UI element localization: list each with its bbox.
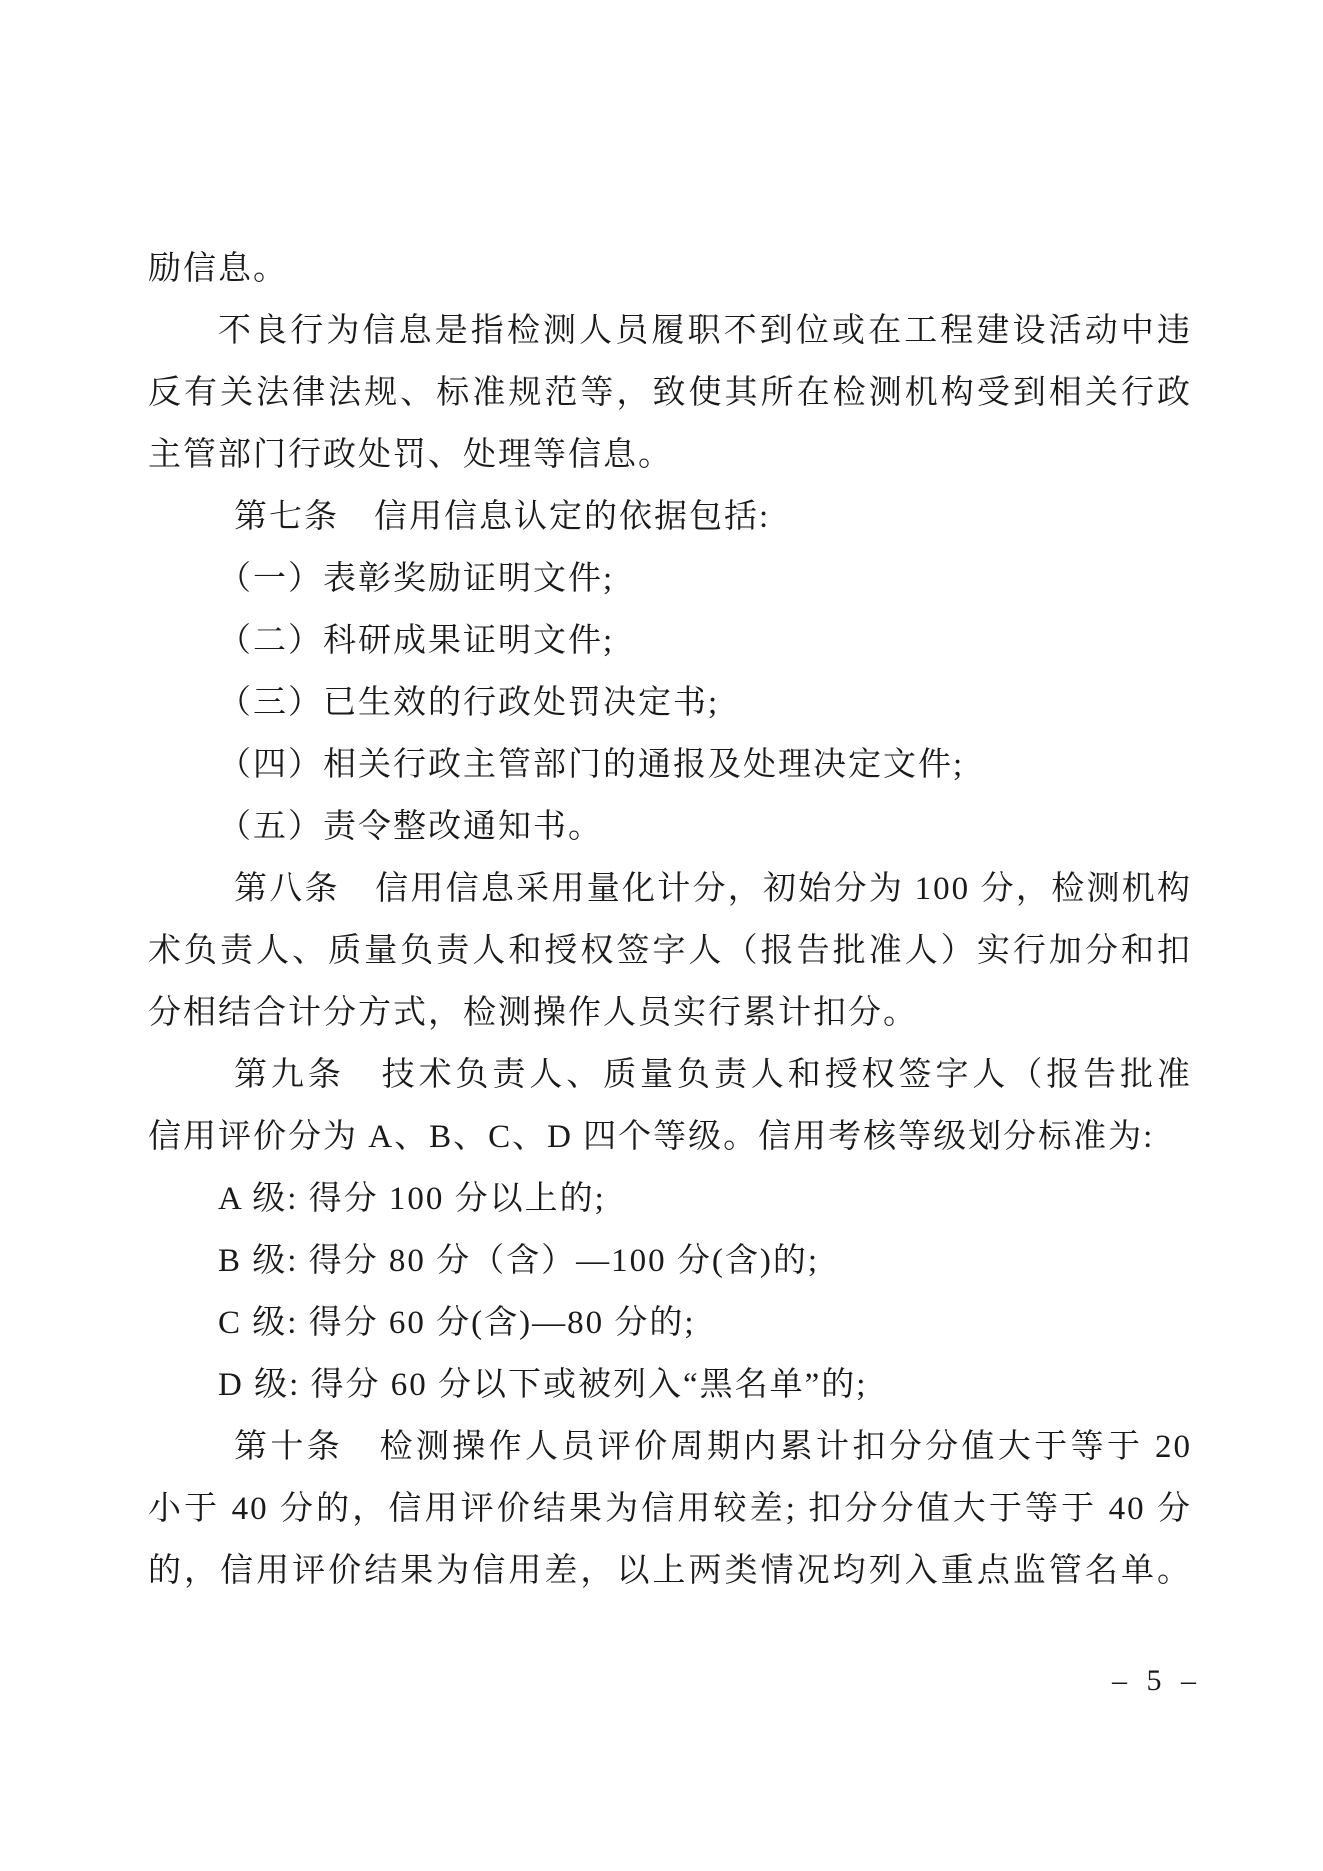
document-line: 的，信用评价结果为信用差，以上两类情况均列入重点监管名单。	[148, 1540, 1192, 1602]
document-line: 主管部门行政处罚、处理等信息。	[148, 424, 1192, 486]
document-page: 励信息。 不良行为信息是指检测人员履职不到位或在工程建设活动中违 反有关法律法规…	[0, 0, 1323, 1871]
document-line-article-8: 第八条 信用信息采用量化计分，初始分为 100 分，检测机构技	[148, 858, 1192, 920]
document-line-article-10: 第十条 检测操作人员评价周期内累计扣分分值大于等于 20 分	[148, 1416, 1192, 1478]
document-line-grade-d: D 级: 得分 60 分以下或被列入“黑名单”的;	[148, 1354, 1192, 1416]
document-line-item-3: （三）已生效的行政处罚决定书;	[148, 672, 1192, 734]
document-line: 分相结合计分方式，检测操作人员实行累计扣分。	[148, 982, 1192, 1044]
document-line: 术负责人、质量负责人和授权签字人（报告批准人）实行加分和扣	[148, 920, 1192, 982]
document-line-item-4: （四）相关行政主管部门的通报及处理决定文件;	[148, 734, 1192, 796]
document-line: 不良行为信息是指检测人员履职不到位或在工程建设活动中违	[148, 300, 1192, 362]
document-line-item-5: （五）责令整改通知书。	[148, 796, 1192, 858]
document-line-item-2: （二）科研成果证明文件;	[148, 610, 1192, 672]
document-text-column: 励信息。 不良行为信息是指检测人员履职不到位或在工程建设活动中违 反有关法律法规…	[148, 238, 1192, 1602]
document-line: 励信息。	[148, 238, 1192, 300]
document-line-article-9: 第九条 技术负责人、质量负责人和授权签字人（报告批准人）	[148, 1044, 1192, 1106]
document-line-grade-a: A 级: 得分 100 分以上的;	[148, 1168, 1192, 1230]
document-line: 小于 40 分的，信用评价结果为信用较差; 扣分分值大于等于 40 分	[148, 1478, 1192, 1540]
document-line-item-1: （一）表彰奖励证明文件;	[148, 548, 1192, 610]
document-line-grade-c: C 级: 得分 60 分(含)—80 分的;	[148, 1292, 1192, 1354]
document-line-article-7: 第七条 信用信息认定的依据包括:	[148, 486, 1192, 548]
document-line-grade-b: B 级: 得分 80 分（含）—100 分(含)的;	[148, 1230, 1192, 1292]
document-line: 信用评价分为 A、B、C、D 四个等级。信用考核等级划分标准为:	[148, 1106, 1192, 1168]
page-number: – 5 –	[1112, 1664, 1202, 1698]
document-line: 反有关法律法规、标准规范等，致使其所在检测机构受到相关行政	[148, 362, 1192, 424]
